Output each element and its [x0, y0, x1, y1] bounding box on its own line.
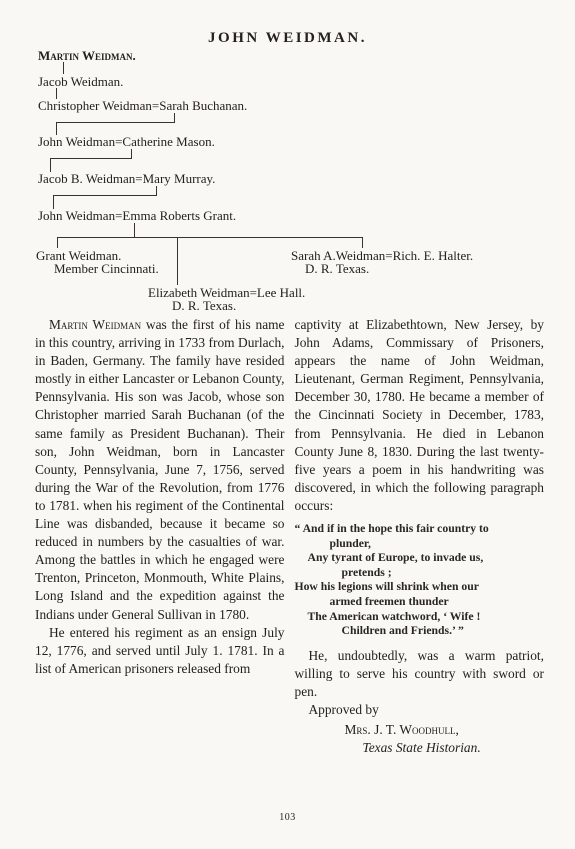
paragraph-captivity: captivity at Elizabethtown, New Jersey, …	[295, 316, 545, 515]
poem-line: armed freemen thunder	[330, 595, 545, 610]
poem-line: How his legions will shrink when our	[295, 580, 545, 595]
tree-connector	[177, 237, 178, 285]
tree-person-elizabeth-weidman-note: D. R. Texas.	[172, 299, 236, 312]
tree-connector	[50, 158, 132, 159]
paragraph-martin-weidman: Martin Weidman was the first of his name…	[35, 316, 285, 624]
tree-connector	[56, 122, 175, 123]
book-page: JOHN WEIDMAN. Martin Weidman. Jacob Weid…	[0, 0, 575, 849]
poem-line: plunder,	[330, 537, 545, 552]
poem-block: “ And if in the hope this fair country t…	[295, 522, 545, 639]
lead-small-caps: Martin Weidman	[49, 317, 141, 332]
signature-title: Texas State Historian.	[363, 739, 545, 757]
tree-person-john-weidman-emma-roberts-grant: John Weidman=Emma Roberts Grant.	[38, 209, 236, 222]
page-title: JOHN WEIDMAN.	[0, 30, 575, 47]
right-column: captivity at Elizabethtown, New Jersey, …	[295, 316, 545, 757]
tree-person-jacob-b-weidman: Jacob B. Weidman=Mary Murray.	[38, 172, 215, 185]
poem-line: Children and Friends.’ ”	[342, 624, 545, 639]
tree-connector	[362, 237, 363, 248]
left-column: Martin Weidman was the first of his name…	[35, 316, 285, 757]
paragraph-text: was the first of his name in this countr…	[35, 317, 285, 622]
tree-person-jacob-weidman: Jacob Weidman.	[38, 75, 123, 88]
tree-connector	[53, 195, 157, 196]
page-number: 103	[0, 812, 575, 823]
paragraph-he-undoubtedly: He, undoubtedly, was a warm patriot, wil…	[295, 647, 545, 701]
poem-line: The American watchword, ‘ Wife !	[308, 610, 545, 625]
tree-connector	[131, 149, 132, 158]
tree-connector	[156, 186, 157, 195]
tree-connector	[53, 195, 54, 209]
approved-by-line: Approved by	[295, 701, 545, 719]
tree-connector	[174, 113, 175, 122]
poem-line: “ And if in the hope this fair country t…	[295, 522, 545, 537]
poem-line: Any tyrant of Europe, to invade us,	[308, 551, 545, 566]
tree-person-john-weidman-catherine-mason: John Weidman=Catherine Mason.	[38, 135, 215, 148]
tree-person-sarah-weidman-note: D. R. Texas.	[305, 262, 369, 275]
tree-connector	[57, 237, 58, 248]
signature-name: Mrs. J. T. Woodhull,	[345, 721, 545, 739]
poem-line: pretends ;	[342, 566, 545, 581]
tree-connector	[57, 237, 363, 238]
paragraph-he-entered: He entered his regiment as an ensign Jul…	[35, 624, 285, 678]
tree-person-grant-weidman-note: Member Cincinnati.	[54, 262, 159, 275]
tree-connector	[63, 62, 64, 74]
tree-person-christopher-weidman: Christopher Weidman=Sarah Buchanan.	[38, 99, 247, 112]
tree-connector	[134, 223, 135, 237]
text-columns: Martin Weidman was the first of his name…	[35, 316, 544, 757]
tree-person-martin-weidman: Martin Weidman.	[38, 49, 136, 62]
tree-connector	[50, 158, 51, 172]
